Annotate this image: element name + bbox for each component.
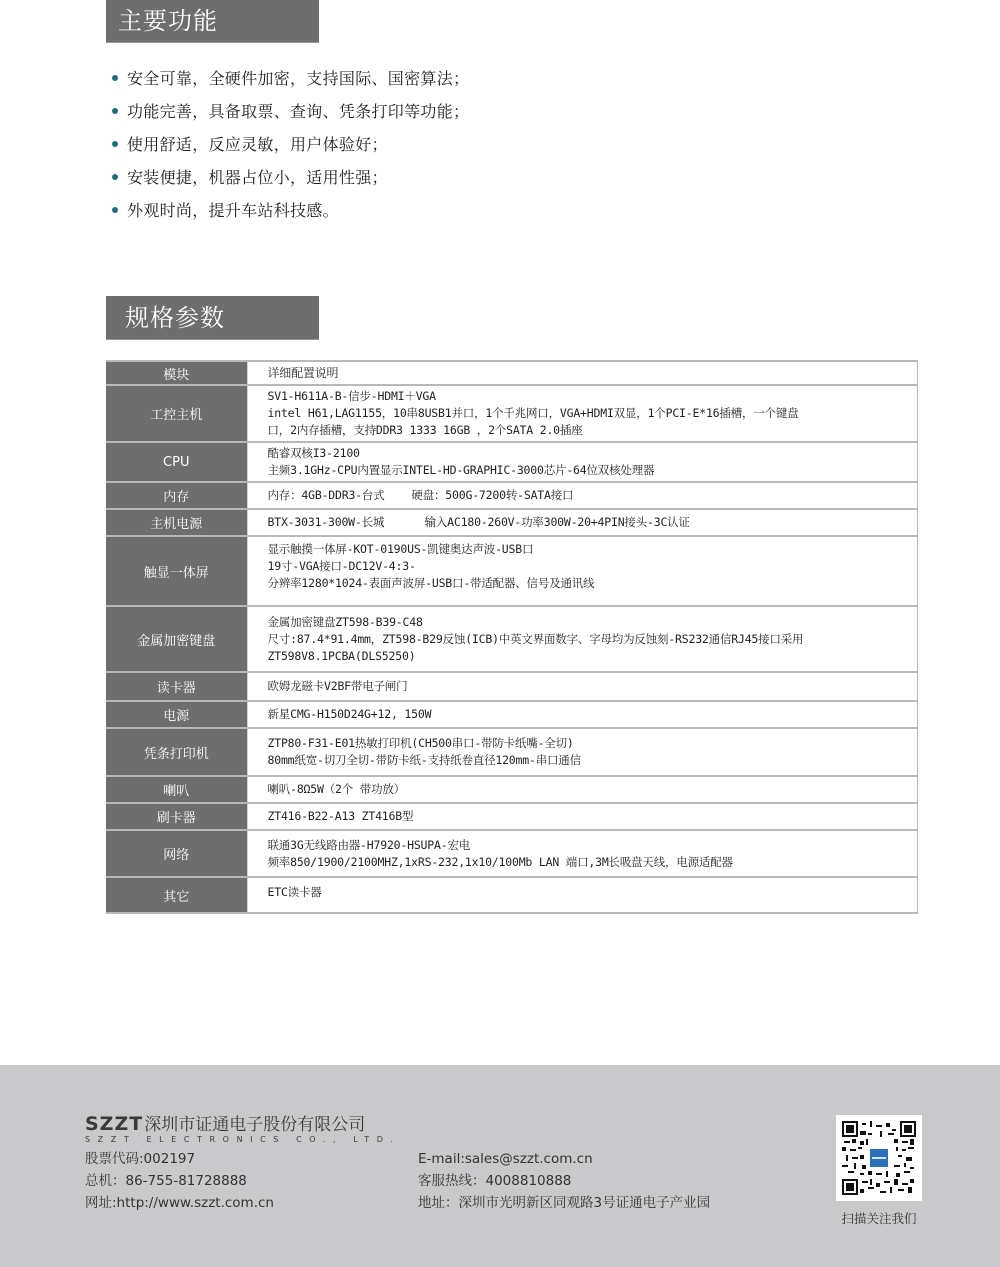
desc-line: BTX-3031-300W-长城 输入AC180-260V-功率300W-20+…: [268, 514, 918, 531]
table-row: 刷卡器 ZT416-B22-A13 ZT416B型: [106, 803, 918, 830]
feature-item: 功能完善，具备取票、查询、凭条打印等功能；: [110, 95, 469, 128]
header-module: 模块: [106, 361, 247, 385]
feature-item: 使用舒适，反应灵敏，用户体验好；: [110, 128, 469, 161]
logo-mark: SZZT: [85, 1113, 143, 1135]
hotline: 客服热线：4008810888: [418, 1170, 710, 1192]
section-title-specs: 规格参数: [106, 296, 319, 340]
module-cell: 刷卡器: [106, 803, 247, 830]
phone: 总机：86-755-81728888: [85, 1170, 274, 1192]
desc-line: 内存：4GB-DDR3-台式 硬盘：500G-7200转-SATA接口: [268, 487, 918, 504]
desc-line: 联通3G无线路由器-H7920-HSUPA-宏电: [268, 837, 918, 854]
desc-line: 19寸-VGA接口-DC12V-4:3-: [268, 558, 918, 575]
desc-line: 喇叭-8Ω5W（2个 带功放）: [268, 781, 918, 798]
bullet-icon: [112, 75, 118, 81]
email-link[interactable]: E-mail:sales@szzt.com.cn: [418, 1148, 710, 1170]
desc-line: 酷睿双核I3-2100: [268, 445, 918, 462]
contact-right: E-mail:sales@szzt.com.cn 客服热线：4008810888…: [418, 1148, 710, 1214]
module-cell: 凭条打印机: [106, 728, 247, 776]
table-row: 读卡器 欧姆龙磁卡V2BF带电子闸门: [106, 672, 918, 701]
spec-table: 模块 详细配置说明 工控主机 SV1-H611A-B-信步-HDMI＋VGA i…: [106, 360, 918, 914]
desc-cell: ZTP80-F31-E01热敏打印机(CH500串口-带防卡纸嘴-全切) 80m…: [247, 728, 918, 776]
feature-list: 安全可靠，全硬件加密，支持国际、国密算法； 功能完善，具备取票、查询、凭条打印等…: [110, 62, 469, 227]
desc-cell: ZT416-B22-A13 ZT416B型: [247, 803, 918, 830]
module-cell: 读卡器: [106, 672, 247, 701]
module-cell: 触显一体屏: [106, 536, 247, 606]
table-header-row: 模块 详细配置说明: [106, 361, 918, 385]
desc-line: ZT416-B22-A13 ZT416B型: [268, 808, 918, 825]
desc-line: ZTP80-F31-E01热敏打印机(CH500串口-带防卡纸嘴-全切): [268, 735, 918, 752]
desc-line: 主频3.1GHz-CPU内置显示INTEL-HD-GRAPHIC-3000芯片-…: [268, 462, 918, 479]
module-cell: 其它: [106, 877, 247, 913]
desc-line: 尺寸:87.4*91.4mm，ZT598-B29反蚀(ICB)中英文界面数字、字…: [268, 631, 918, 648]
qr-caption: 扫描关注我们: [829, 1209, 929, 1227]
bullet-icon: [112, 108, 118, 114]
contact-left: 股票代码:002197 总机：86-755-81728888 网址:http:/…: [85, 1148, 274, 1214]
address: 地址：深圳市光明新区同观路3号证通电子产业园: [418, 1192, 710, 1214]
module-cell: 主机电源: [106, 509, 247, 536]
desc-cell: BTX-3031-300W-长城 输入AC180-260V-功率300W-20+…: [247, 509, 918, 536]
desc-cell: ETC读卡器: [247, 877, 918, 913]
table-row: 金属加密键盘 金属加密键盘ZT598-B39-C48 尺寸:87.4*91.4m…: [106, 606, 918, 672]
module-cell: 工控主机: [106, 385, 247, 442]
module-cell: 喇叭: [106, 776, 247, 803]
desc-cell: 新星CMG-H150D24G+12, 150W: [247, 701, 918, 728]
table-row: 内存 内存：4GB-DDR3-台式 硬盘：500G-7200转-SATA接口: [106, 482, 918, 509]
desc-line: 频率850/1900/2100MHZ,1xRS-232,1x10/100Mb L…: [268, 854, 918, 871]
module-cell: CPU: [106, 442, 247, 482]
company-name-cn: 深圳市证通电子股份有限公司: [144, 1115, 365, 1135]
desc-line: 欧姆龙磁卡V2BF带电子闸门: [268, 678, 918, 695]
desc-line: ZT598V8.1PCBA(DLS5250): [268, 648, 918, 665]
desc-cell: SV1-H611A-B-信步-HDMI＋VGA intel H61,LAG115…: [247, 385, 918, 442]
desc-cell: 联通3G无线路由器-H7920-HSUPA-宏电 频率850/1900/2100…: [247, 830, 918, 877]
desc-cell: 金属加密键盘ZT598-B39-C48 尺寸:87.4*91.4mm，ZT598…: [247, 606, 918, 672]
company-name-en: SZZT ELECTRONICS CO., LTD.: [85, 1135, 401, 1145]
table-row: 电源 新星CMG-H150D24G+12, 150W: [106, 701, 918, 728]
desc-line: 金属加密键盘ZT598-B39-C48: [268, 614, 918, 631]
footer: SZZT深圳市证通电子股份有限公司 SZZT ELECTRONICS CO., …: [0, 1065, 1000, 1267]
desc-line: SV1-H611A-B-信步-HDMI＋VGA: [268, 388, 918, 405]
feature-text: 安装便捷，机器占位小，适用性强；: [127, 168, 388, 187]
feature-text: 使用舒适，反应灵敏，用户体验好；: [127, 135, 388, 154]
feature-item: 外观时尚，提升车站科技感。: [110, 194, 469, 227]
desc-line: 显示触摸一体屏-KOT-0190US-凯键奥达声波-USB口: [268, 541, 918, 558]
table-row: 触显一体屏 显示触摸一体屏-KOT-0190US-凯键奥达声波-USB口 19寸…: [106, 536, 918, 606]
section-title-features: 主要功能: [106, 0, 319, 43]
company-logo: SZZT深圳市证通电子股份有限公司 SZZT ELECTRONICS CO., …: [85, 1110, 401, 1145]
feature-item: 安装便捷，机器占位小，适用性强；: [110, 161, 469, 194]
table-row: 工控主机 SV1-H611A-B-信步-HDMI＋VGA intel H61,L…: [106, 385, 918, 442]
desc-cell: 欧姆龙磁卡V2BF带电子闸门: [247, 672, 918, 701]
feature-text: 外观时尚，提升车站科技感。: [127, 201, 339, 220]
table-row: 其它 ETC读卡器: [106, 877, 918, 913]
desc-line: ETC读卡器: [268, 884, 918, 901]
desc-line: 口，2内存插槽，支持DDR3 1333 16GB ，2个SATA 2.0插座: [268, 422, 918, 439]
desc-cell: 喇叭-8Ω5W（2个 带功放）: [247, 776, 918, 803]
desc-line: intel H61,LAG1155，10串8USB1并口，1个千兆网口，VGA+…: [268, 405, 918, 422]
table-row: 喇叭 喇叭-8Ω5W（2个 带功放）: [106, 776, 918, 803]
desc-cell: 酷睿双核I3-2100 主频3.1GHz-CPU内置显示INTEL-HD-GRA…: [247, 442, 918, 482]
bullet-icon: [112, 141, 118, 147]
desc-line: 分辨率1280*1024-表面声波屏-USB口-带适配器、信号及通讯线: [268, 575, 918, 592]
website-link[interactable]: 网址:http://www.szzt.com.cn: [85, 1192, 274, 1214]
table-row: 主机电源 BTX-3031-300W-长城 输入AC180-260V-功率300…: [106, 509, 918, 536]
feature-item: 安全可靠，全硬件加密，支持国际、国密算法；: [110, 62, 469, 95]
bullet-icon: [112, 174, 118, 180]
module-cell: 电源: [106, 701, 247, 728]
bullet-icon: [112, 207, 118, 213]
table-row: 网络 联通3G无线路由器-H7920-HSUPA-宏电 频率850/1900/2…: [106, 830, 918, 877]
module-cell: 内存: [106, 482, 247, 509]
desc-line: 新星CMG-H150D24G+12, 150W: [268, 706, 918, 723]
desc-cell: 内存：4GB-DDR3-台式 硬盘：500G-7200转-SATA接口: [247, 482, 918, 509]
feature-text: 安全可靠，全硬件加密，支持国际、国密算法；: [127, 69, 469, 88]
stock-code: 股票代码:002197: [85, 1148, 274, 1170]
desc-cell: 显示触摸一体屏-KOT-0190US-凯键奥达声波-USB口 19寸-VGA接口…: [247, 536, 918, 606]
table-row: CPU 酷睿双核I3-2100 主频3.1GHz-CPU内置显示INTEL-HD…: [106, 442, 918, 482]
qr-block: 扫描关注我们: [836, 1115, 922, 1227]
table-row: 凭条打印机 ZTP80-F31-E01热敏打印机(CH500串口-带防卡纸嘴-全…: [106, 728, 918, 776]
header-desc: 详细配置说明: [247, 361, 918, 385]
module-cell: 网络: [106, 830, 247, 877]
feature-text: 功能完善，具备取票、查询、凭条打印等功能；: [127, 102, 469, 121]
module-cell: 金属加密键盘: [106, 606, 247, 672]
qr-code-icon: [836, 1115, 922, 1201]
desc-line: 80mm纸宽-切刀全切-带防卡纸-支持纸卷直径120mm-串口通信: [268, 752, 918, 769]
